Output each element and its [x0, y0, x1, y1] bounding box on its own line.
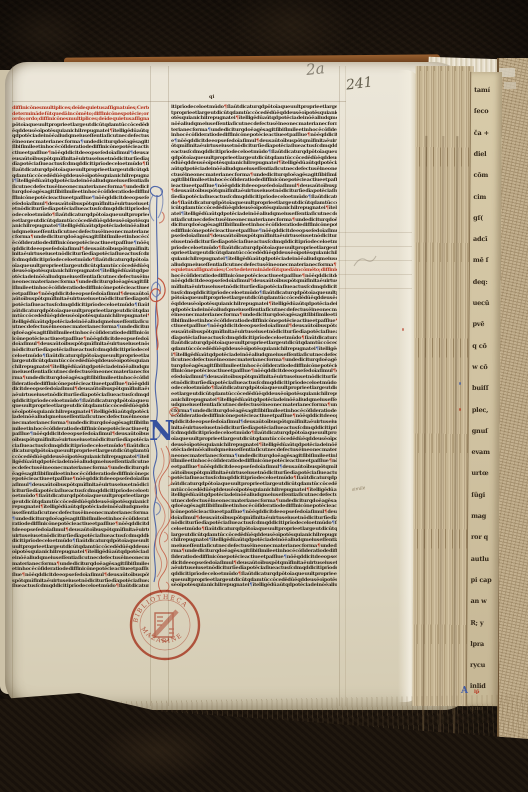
- text-line: o et mūdo ¶ ſi aūt dicatur qd pōt oīa qu…: [12, 493, 149, 499]
- text-line: aūt qd potēcia dei nō ē aliud qm eius eſ…: [171, 166, 337, 172]
- text-line: rma ¶ unde dicitur qd oē agēs agit ſibi …: [12, 375, 149, 381]
- edge-fragment: lpra: [470, 640, 484, 648]
- text-line: dicitur qd oē agēs agit ſibi ſimile et i…: [171, 222, 337, 228]
- edge-fragment: uecū: [473, 299, 490, 307]
- edge-fragment: deq:: [473, 278, 488, 286]
- text-line: o de celo et mūdo ¶ ſi aūt dicatur qd pō…: [12, 212, 149, 218]
- text-line: ſcdm qd dicit i prīo de celo et mūdo ¶ ſ…: [12, 257, 149, 263]
- edge-streak: [453, 136, 458, 766]
- text-line: e ſed oīa ſimul ¶ deus aūt oībus pōt qm …: [171, 374, 337, 380]
- edge-fragment: autlu: [471, 555, 489, 563]
- ruling-line-horizontal: [338, 288, 412, 289]
- stamp-emblem: [153, 611, 177, 642]
- fore-edge-stack: [412, 66, 473, 706]
- ruling-line-horizontal: [338, 232, 412, 233]
- text-line: dicatur qd pōt oīa que uult proprie et l…: [12, 448, 149, 454]
- edge-fragment: pi cap: [471, 576, 492, 584]
- edge-fragment: w cō: [472, 363, 487, 371]
- edge-fragment: buiſſ: [472, 384, 488, 392]
- catchword: qi: [209, 94, 214, 100]
- ruling-line-vertical: [345, 66, 346, 706]
- text-line: ffinicōne potēcie actiue et paſſiue ¶ nō…: [12, 195, 149, 201]
- edge-fragment: q cō: [472, 342, 486, 350]
- text-line: ud qm eius eſſentia ſicut nec defectus ē…: [171, 402, 337, 408]
- manuscript-photo: tamíſecoča +dielcōmcimgſ(adcīmē ſdeq:uec…: [0, 0, 528, 792]
- text-line: quia nichil repugnat ei ¶ ītelligēdū aūt…: [171, 256, 337, 262]
- edge-fragment: mag: [471, 512, 486, 520]
- initial-n-glyph: N: [149, 416, 174, 447]
- text-line: m īfinita ē uirtus eius et nō dicitur ſī…: [171, 284, 337, 290]
- ruling-line-horizontal: [12, 101, 346, 102]
- text-line: at ei ¶ ītelligēdū aūt qd potēcia dei nō…: [171, 211, 337, 217]
- text-line: ē qd deus ē oīpotēs quia nichil repugnat…: [171, 301, 337, 307]
- text-line: i ſimile et in hoc ē cōſideratio de diff…: [12, 285, 149, 291]
- text-line: ctiue et paſſiue ¶ nō ē qd dicit de eo p…: [12, 150, 149, 156]
- text-line: nec materia nec forma ¶ unde dicitur qd …: [12, 420, 149, 426]
- text-line: ſiue ¶ nō ē qd dicit de eo p se ſed oīa …: [12, 572, 149, 578]
- edge-streak: [439, 136, 444, 766]
- folio-number: 241: [345, 74, 373, 93]
- edge-fragment: ſūgi: [471, 491, 485, 499]
- edge-fragment: tamí: [474, 86, 490, 94]
- text-line: deus ē oīpotēs quia nichil repugnat ei ¶…: [12, 268, 149, 274]
- text-line: eus aūt oībus pōt qm īfinita ē uirtus ei…: [171, 329, 337, 335]
- text-line: ſīe dīa potēcia ſiue actus ſcdm qd dicit…: [171, 194, 337, 200]
- text-line: ſideratio de diffinicōne potēcie actiue …: [171, 554, 337, 560]
- text-line: m tūc cōcedēdū ē qd deus ē oīpotēs quia …: [12, 313, 149, 319]
- edge-fragment: mē ſ: [473, 256, 488, 264]
- text-line: ē in eo nec materia nec forma ¶ unde dic…: [171, 312, 337, 318]
- edge-fragment: cōm: [473, 171, 488, 179]
- text-line: qd oē agēs agit ſibi ſimile et in hoc ē …: [12, 330, 149, 336]
- text-line: oībus pōt qm īfinita ē uirtus eius et nō…: [12, 437, 149, 443]
- text-line: dicit i prīo de celo et mūdo ¶ ſi aūt di…: [12, 538, 149, 544]
- edge-fragment: an w: [470, 597, 486, 605]
- text-line: qd dicit i prīo de celo et mūdo ¶ ſi aūt…: [171, 571, 337, 577]
- text-line: it i prīo de celo et mūdo ¶ ſi aūt dicat…: [171, 104, 337, 110]
- edge-fragment: R; y: [470, 618, 483, 626]
- edge-fragment: ror q: [471, 533, 488, 541]
- text-line: us eſſentia ſicut nec defectus ē in eo n…: [12, 510, 149, 516]
- next-leaf-text-strip: tamíſecoča +dielcōmcimgſ(adcīmē ſdeq:uec…: [466, 72, 502, 706]
- edge-fragment: ſeco: [474, 107, 488, 115]
- text-line: diffinicōnes multiplices; deīde quietus …: [12, 105, 149, 111]
- text-line: in hoc ē cōſideratio de diffinicōne potē…: [171, 132, 337, 138]
- board-edge-right: [497, 58, 528, 754]
- text-line: eius et nō dicitur ſīe dīa potēcia ſiue …: [171, 239, 337, 245]
- ruling-line-vertical: [339, 66, 340, 706]
- text-line: ſicut nec defectus ē in eo nec materia n…: [171, 357, 337, 363]
- text-line: oīa que uult proprie et large ut dicūt q…: [171, 436, 337, 442]
- ink-dot-red: [402, 328, 404, 331]
- ruling-line-horizontal: [338, 274, 412, 275]
- edge-fragment: ča +: [474, 129, 489, 137]
- text-line: agit ſibi ſimile et in hoc ē cōſideratio…: [171, 177, 337, 183]
- initial-n: N: [146, 406, 182, 606]
- text-line: i ¶ ītelligēdū aūt qd potēcia dei nō ē a…: [12, 178, 149, 184]
- rubric-fragment: lp̄: [474, 689, 479, 695]
- text-line: qd dicit de eo p se ſed oīa ſimul ¶ deus…: [171, 419, 337, 425]
- text-line: ec defectus ē in eo nec materia nec form…: [12, 465, 149, 471]
- sticker-label: [504, 82, 516, 89]
- text-line: ei nō ē aliud qm eius eſſentia ſicut nec…: [12, 555, 149, 561]
- text-line: e et paſſiue ¶ nō ē qd dicit de eo p se …: [171, 464, 337, 470]
- text-column-right: it i prīo de celo et mūdo ¶ ſi aūt dicat…: [171, 104, 337, 588]
- text-line: aūt dicatur qd pōt oīa que uult proprie …: [171, 481, 337, 487]
- text-line: e quietus aſſignat uīes; Certe determinā…: [171, 267, 337, 273]
- text-line: t de eo p se ſed oīa ſimul ¶ deus aūt oī…: [12, 527, 149, 533]
- ink-dot-blue: [459, 382, 461, 385]
- edge-fragment: evam: [472, 448, 490, 456]
- edge-fragment: pvē: [472, 320, 484, 328]
- edge-fragment: cim: [473, 192, 486, 200]
- text-line: a ſimul ¶ deus aūt oībus pōt qm īfinita …: [12, 482, 149, 488]
- edge-fragment: gnuſ: [472, 427, 488, 435]
- text-line: nō dicitur ſīe dīa potēcia ſiue actus ſc…: [12, 347, 149, 353]
- pencil-mark: 2a: [305, 59, 325, 79]
- text-line: e actus ſcdm qd dicit i prīo de celo et …: [171, 149, 337, 155]
- text-line: potēcia ſiue actus ſcdm qd dicit i prīo …: [12, 302, 149, 308]
- text-line: celo et mūdo ¶ ſi aūt dicatur qd pōt oīa…: [171, 526, 337, 532]
- text-line: qdam tūc cōcedēdū ē qd deus ē oīpotēs qu…: [171, 346, 337, 352]
- ruling-line-horizontal: [338, 246, 412, 247]
- text-line: pōt oīa que uult proprie et large ut dic…: [12, 122, 149, 128]
- edge-streak: [422, 136, 427, 766]
- edge-fragment: diel: [474, 150, 487, 158]
- pencil-scribble: [352, 252, 378, 272]
- text-line: ītelligēdū aūt qd potēcia dei nō ē aliud…: [171, 492, 337, 498]
- text-line: nō ē aliud qm eius eſſentia ſicut nec de…: [171, 121, 337, 127]
- text-line: chil repugnat ei ¶ ītelligēdū aūt qd pot…: [171, 537, 337, 543]
- edge-fragment: rycu: [470, 661, 485, 669]
- text-line: que uult proprie et large ut dicūt qdam …: [12, 403, 149, 409]
- text-line: a nichil repugnat ei ¶ ītelligēdū aūt qd…: [12, 223, 149, 229]
- edge-fragment: gſ(: [473, 214, 483, 222]
- text-line: ſi aūt dicatur qd pōt oīa que uult propr…: [12, 167, 149, 173]
- text-line: otēcia dei nō ē aliud qm eius eſſentia ſ…: [171, 447, 337, 453]
- text-column-left: diffinicōnes multiplices; deīde quietus …: [12, 105, 149, 589]
- text-line: large ut dicūt qdam tūc cōcedēdū ē qd de…: [12, 358, 149, 364]
- edge-fragment: plec,: [472, 405, 488, 413]
- library-stamp: BIBLIOTHECA MAZARINE: [127, 587, 203, 663]
- edge-fragment: urtœ: [471, 469, 488, 477]
- ink-dot-red: [459, 408, 461, 411]
- edge-fragment: adcī: [473, 235, 487, 243]
- text-line: e et large ut dicūt qdam tūc cōcedēdū ē …: [171, 391, 337, 397]
